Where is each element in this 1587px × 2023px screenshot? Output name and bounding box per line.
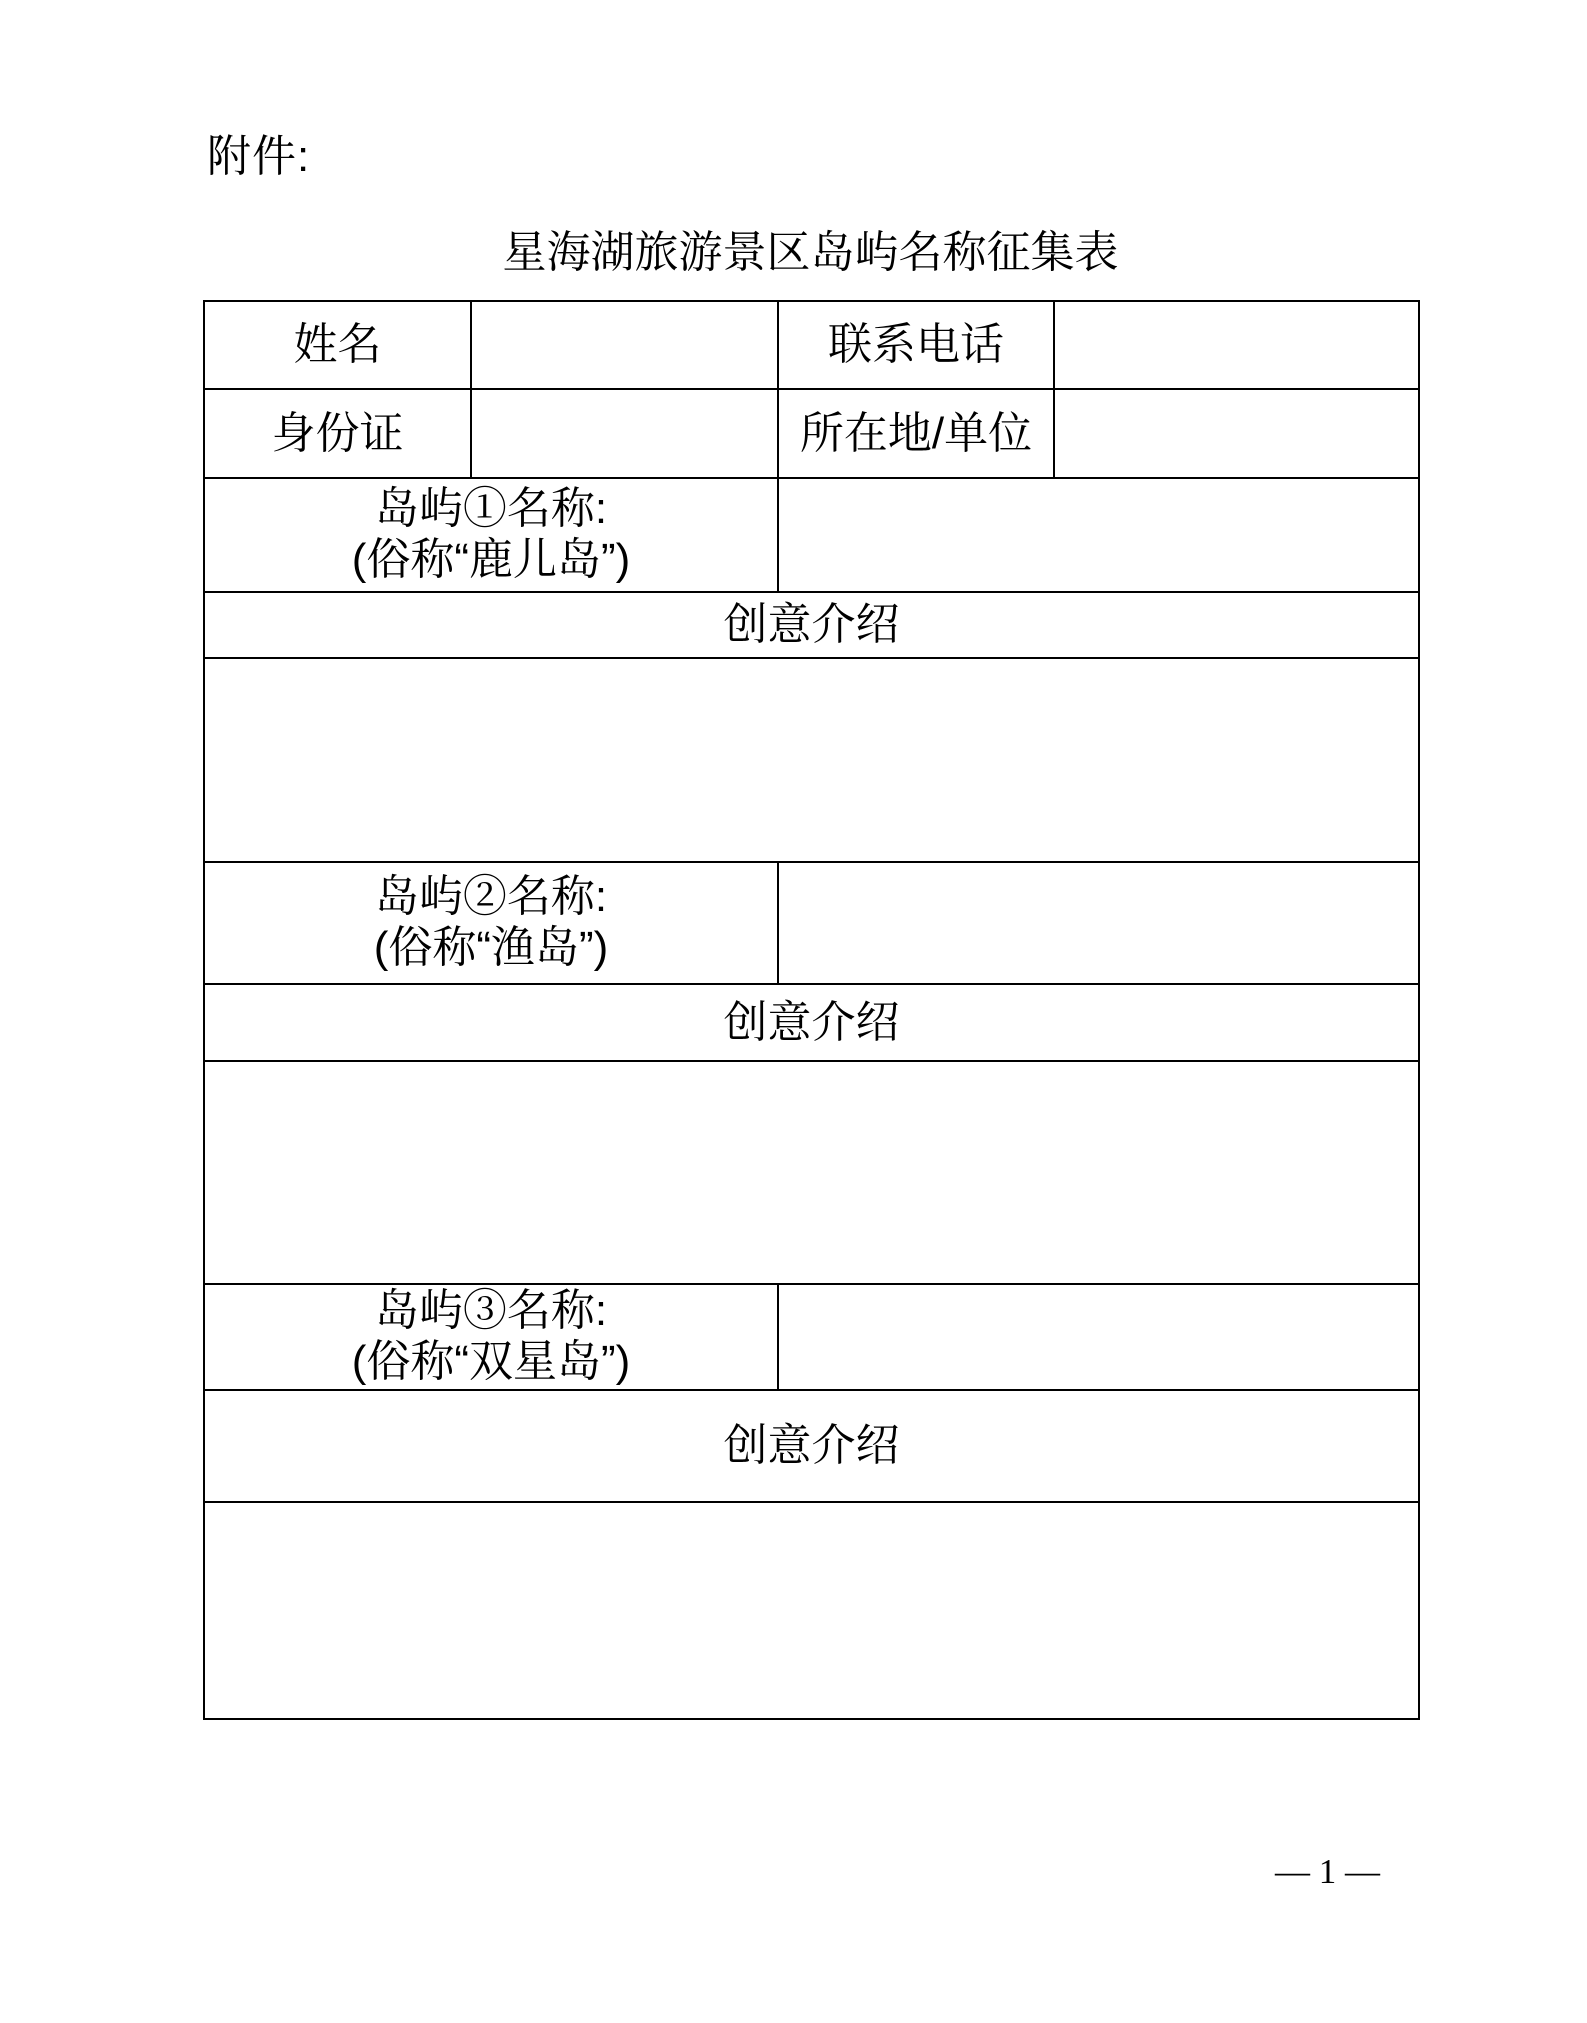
id-card-label: 身份证 <box>204 389 471 478</box>
table-row: 岛屿②名称: (俗称“渔岛”) <box>204 862 1419 984</box>
page-number: — 1 — <box>1235 1852 1420 1892</box>
table-row <box>204 1061 1419 1284</box>
phone-label: 联系电话 <box>778 301 1054 389</box>
table-row: 身份证 所在地/单位 <box>204 389 1419 478</box>
table-row: 岛屿①名称: (俗称“鹿儿岛”) <box>204 478 1419 592</box>
table-row: 创意介绍 <box>204 1390 1419 1502</box>
table-row: 创意介绍 <box>204 984 1419 1061</box>
island3-alias-label: (俗称“双星岛”) <box>205 1337 777 1388</box>
island2-name-value-cell[interactable] <box>778 862 1419 984</box>
island-name-collection-form: 姓名 联系电话 身份证 所在地/单位 岛屿①名称: (俗称“鹿儿岛”) 创意介绍 <box>203 300 1420 1720</box>
island3-name-label-line1: 岛屿③名称: <box>205 1286 777 1337</box>
island3-intro-value-cell[interactable] <box>204 1502 1419 1719</box>
table-row: 创意介绍 <box>204 592 1419 658</box>
island2-intro-label: 创意介绍 <box>204 984 1419 1061</box>
island2-alias-label: (俗称“渔岛”) <box>205 923 777 974</box>
location-unit-value-cell[interactable] <box>1054 389 1419 478</box>
table-row <box>204 658 1419 862</box>
table-row: 姓名 联系电话 <box>204 301 1419 389</box>
island1-alias-label: (俗称“鹿儿岛”) <box>205 535 777 586</box>
table-row: 岛屿③名称: (俗称“双星岛”) <box>204 1284 1419 1390</box>
island3-name-label: 岛屿③名称: (俗称“双星岛”) <box>204 1284 778 1390</box>
island2-name-label: 岛屿②名称: (俗称“渔岛”) <box>204 862 778 984</box>
location-unit-label: 所在地/单位 <box>778 389 1054 478</box>
document-page: { "page": { "attachment_label": "附件:", "… <box>0 0 1587 2023</box>
island3-intro-label: 创意介绍 <box>204 1390 1419 1502</box>
phone-value-cell[interactable] <box>1054 301 1419 389</box>
id-card-value-cell[interactable] <box>471 389 778 478</box>
attachment-label: 附件: <box>207 120 310 184</box>
island3-name-value-cell[interactable] <box>778 1284 1419 1390</box>
island2-intro-value-cell[interactable] <box>204 1061 1419 1284</box>
island1-name-label-line1: 岛屿①名称: <box>205 484 777 535</box>
island1-intro-label: 创意介绍 <box>204 592 1419 658</box>
island1-name-label: 岛屿①名称: (俗称“鹿儿岛”) <box>204 478 778 592</box>
name-value-cell[interactable] <box>471 301 778 389</box>
island2-name-label-line1: 岛屿②名称: <box>205 872 777 923</box>
island1-name-value-cell[interactable] <box>778 478 1419 592</box>
island1-intro-value-cell[interactable] <box>204 658 1419 862</box>
table-row <box>204 1502 1419 1719</box>
page-title: 星海湖旅游景区岛屿名称征集表 <box>203 216 1418 280</box>
name-label: 姓名 <box>204 301 471 389</box>
